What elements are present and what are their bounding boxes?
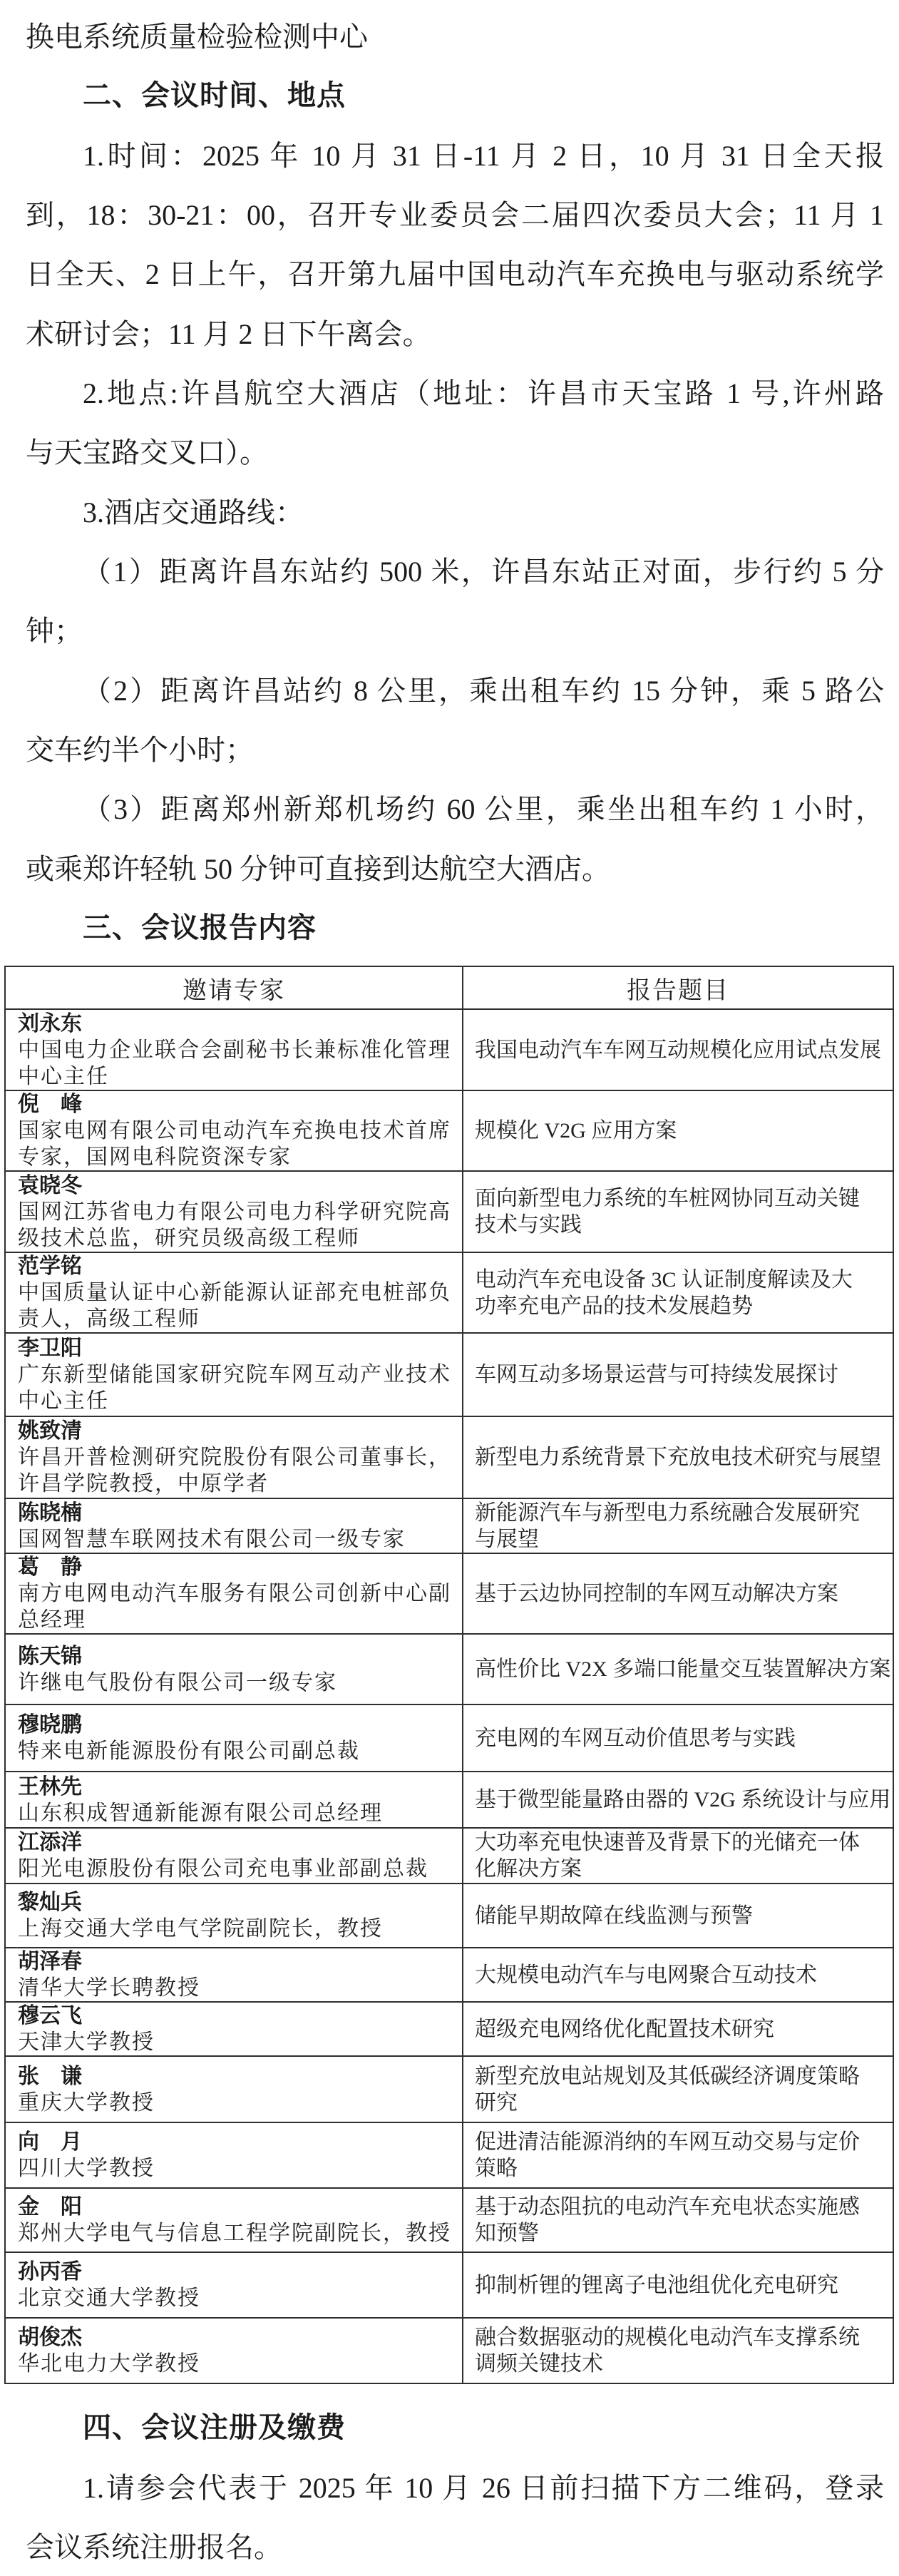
topic-cell: 新型电力系统背景下充放电技术研究与展望	[463, 1416, 893, 1498]
expert-cell: 金 阳 郑州大学电气与信息工程学院副院长，教授	[5, 2188, 463, 2252]
expert-affiliation: 清华大学长聘教授	[18, 1975, 462, 2001]
report-topic: 电动汽车充电设备 3C 认证制度解读及大 功率充电产品的技术发展趋势	[475, 1267, 893, 1319]
report-topic: 充电网的车网互动价值思考与实践	[475, 1725, 893, 1752]
table-row: 倪 峰 国家电网有限公司电动汽车充换电技术首席 专家，国网电科院资深专家 规模化…	[5, 1090, 893, 1171]
transport-route-3: （3）距离郑州新郑机场约 60 公里，乘坐出租车约 1 小时， 或乘郑许轻轨 5…	[26, 780, 884, 899]
expert-affiliation: 国家电网有限公司电动汽车充换电技术首席 专家，国网电科院资深专家	[18, 1118, 462, 1170]
expert-name: 穆云飞	[18, 2003, 462, 2029]
table-row: 袁晓冬 国网江苏省电力有限公司电力科学研究院高 级技术总监，研究员级高级工程师 …	[5, 1171, 893, 1252]
table-row: 李卫阳 广东新型储能国家研究院车网互动产业技术 中心主任 车网互动多场景运营与可…	[5, 1333, 893, 1416]
table-row: 陈天锦 许继电气股份有限公司一级专家 高性价比 V2X 多端口能量交互装置解决方…	[5, 1634, 893, 1704]
expert-cell: 胡泽春 清华大学长聘教授	[5, 1948, 463, 2002]
registration-line: 1.请参会代表于 2025 年 10 月 26 日前扫描下方二维码，登录	[26, 2458, 884, 2518]
report-topic: 新型充放电站规划及其低碳经济调度策略 研究	[475, 2063, 893, 2116]
route-line: 钟；	[26, 601, 884, 660]
expert-name: 刘永东	[18, 1011, 462, 1037]
table-row: 穆云飞 天津大学教授 超级充电网络优化配置技术研究	[5, 2002, 893, 2056]
time-paragraph: 1.时间：2025 年 10 月 31 日-11 月 2 日，10 月 31 日…	[26, 126, 884, 364]
header-expert: 邀请专家	[5, 966, 463, 1009]
section4-heading: 四、会议注册及缴费	[26, 2398, 884, 2458]
time-line: 术研讨会；11 月 2 日下午离会。	[26, 305, 884, 364]
expert-cell: 袁晓冬 国网江苏省电力有限公司电力科学研究院高 级技术总监，研究员级高级工程师	[5, 1171, 463, 1252]
route-line: （1）距离许昌东站约 500 米，许昌东站正对面，步行约 5 分	[26, 542, 884, 601]
report-topic: 促进清洁能源消纳的车网互动交易与定价 策略	[475, 2129, 893, 2182]
report-topic: 我国电动汽车车网互动规模化应用试点发展	[475, 1037, 893, 1063]
expert-affiliation: 广东新型储能国家研究院车网互动产业技术 中心主任	[18, 1361, 462, 1414]
intro-tail-line: 换电系统质量检验检测中心	[26, 7, 884, 66]
expert-affiliation: 北京交通大学教授	[18, 2285, 462, 2311]
report-topic: 基于动态阻抗的电动汽车充电状态实施感 知预警	[475, 2194, 893, 2247]
transport-route-1: （1）距离许昌东站约 500 米，许昌东站正对面，步行约 5 分 钟；	[26, 542, 884, 661]
topic-cell: 车网互动多场景运营与可持续发展探讨	[463, 1333, 893, 1416]
expert-affiliation: 中国电力企业联合会副秘书长兼标准化管理 中心主任	[18, 1037, 462, 1090]
expert-cell: 王林先 山东积成智通新能源有限公司总经理	[5, 1772, 463, 1828]
report-topic: 抑制析锂的锂离子电池组优化充电研究	[475, 2272, 893, 2299]
report-topic: 大规模电动汽车与电网聚合互动技术	[475, 1962, 893, 1988]
expert-cell: 刘永东 中国电力企业联合会副秘书长兼标准化管理 中心主任	[5, 1009, 463, 1090]
report-topic: 新能源汽车与新型电力系统融合发展研究 与展望	[475, 1500, 893, 1553]
report-topic: 新型电力系统背景下充放电技术研究与展望	[475, 1444, 893, 1471]
expert-name: 江添洋	[18, 1829, 462, 1856]
topic-cell: 新能源汽车与新型电力系统融合发展研究 与展望	[463, 1498, 893, 1553]
topic-cell: 超级充电网络优化配置技术研究	[463, 2002, 893, 2056]
expert-affiliation: 许继电气股份有限公司一级专家	[18, 1670, 462, 1696]
topic-cell: 大规模电动汽车与电网聚合互动技术	[463, 1948, 893, 2002]
expert-cell: 穆晓鹏 特来电新能源股份有限公司副总裁	[5, 1704, 463, 1772]
expert-affiliation: 国网智慧车联网技术有限公司一级专家	[18, 1526, 462, 1553]
expert-affiliation: 山东积成智通新能源有限公司总经理	[18, 1800, 462, 1826]
route-line: 或乘郑许轻轨 50 分钟可直接到达航空大酒店。	[26, 839, 884, 899]
report-topic: 超级充电网络优化配置技术研究	[475, 2016, 893, 2043]
topic-cell: 融合数据驱动的规模化电动汽车支撑系统 调频关键技术	[463, 2318, 893, 2383]
expert-cell: 倪 峰 国家电网有限公司电动汽车充换电技术首席 专家，国网电科院资深专家	[5, 1090, 463, 1171]
expert-affiliation: 四川大学教授	[18, 2155, 462, 2182]
table-row: 姚致清 许昌开普检测研究院股份有限公司董事长， 许昌学院教授，中原学者 新型电力…	[5, 1416, 893, 1498]
table-row: 穆晓鹏 特来电新能源股份有限公司副总裁 充电网的车网互动价值思考与实践	[5, 1704, 893, 1772]
expert-affiliation: 重庆大学教授	[18, 2090, 462, 2116]
topic-cell: 基于云边协同控制的车网互动解决方案	[463, 1553, 893, 1634]
table-row: 张 谦 重庆大学教授 新型充放电站规划及其低碳经济调度策略 研究	[5, 2056, 893, 2122]
report-topic: 车网互动多场景运营与可持续发展探讨	[475, 1361, 893, 1388]
report-topic: 基于云边协同控制的车网互动解决方案	[475, 1580, 893, 1607]
report-topic: 基于微型能量路由器的 V2G 系统设计与应用	[475, 1787, 893, 1813]
expert-name: 袁晓冬	[18, 1172, 462, 1199]
expert-cell: 江添洋 阳光电源股份有限公司充电事业部副总裁	[5, 1828, 463, 1884]
expert-name: 张 谦	[18, 2063, 462, 2090]
topic-cell: 规模化 V2G 应用方案	[463, 1090, 893, 1171]
expert-name: 陈晓楠	[18, 1500, 462, 1526]
table-row: 黎灿兵 上海交通大学电气学院副院长，教授 储能早期故障在线监测与预警	[5, 1884, 893, 1948]
section3-heading: 三、会议报告内容	[26, 899, 884, 958]
table-row: 胡俊杰 华北电力大学教授 融合数据驱动的规模化电动汽车支撑系统 调频关键技术	[5, 2318, 893, 2383]
expert-cell: 黎灿兵 上海交通大学电气学院副院长，教授	[5, 1884, 463, 1948]
transport-route-2: （2）距离许昌站约 8 公里，乘出租车约 15 分钟，乘 5 路公 交车约半个小…	[26, 661, 884, 780]
topic-cell: 大功率充电快速普及背景下的光储充一体 化解决方案	[463, 1828, 893, 1884]
expert-name: 葛 静	[18, 1554, 462, 1580]
route-line: （2）距离许昌站约 8 公里，乘出租车约 15 分钟，乘 5 路公	[26, 661, 884, 720]
expert-affiliation: 上海交通大学电气学院副院长，教授	[18, 1916, 462, 1942]
section2-heading: 二、会议时间、地点	[26, 66, 884, 126]
table-row: 王林先 山东积成智通新能源有限公司总经理 基于微型能量路由器的 V2G 系统设计…	[5, 1772, 893, 1828]
expert-name: 胡泽春	[18, 1948, 462, 1975]
table-row: 胡泽春 清华大学长聘教授 大规模电动汽车与电网聚合互动技术	[5, 1948, 893, 2002]
table-row: 刘永东 中国电力企业联合会副秘书长兼标准化管理 中心主任 我国电动汽车车网互动规…	[5, 1009, 893, 1090]
expert-affiliation: 郑州大学电气与信息工程学院副院长，教授	[18, 2220, 462, 2247]
expert-cell: 胡俊杰 华北电力大学教授	[5, 2318, 463, 2383]
expert-cell: 向 月 四川大学教授	[5, 2122, 463, 2188]
expert-cell: 穆云飞 天津大学教授	[5, 2002, 463, 2056]
registration-line: 会议系统注册报名。	[26, 2518, 884, 2576]
expert-name: 胡俊杰	[18, 2324, 462, 2351]
report-topic: 大功率充电快速普及背景下的光储充一体 化解决方案	[475, 1829, 893, 1882]
route-line: （3）距离郑州新郑机场约 60 公里，乘坐出租车约 1 小时，	[26, 780, 884, 839]
table-row: 陈晓楠 国网智慧车联网技术有限公司一级专家 新能源汽车与新型电力系统融合发展研究…	[5, 1498, 893, 1553]
expert-cell: 孙丙香 北京交通大学教授	[5, 2252, 463, 2318]
expert-cell: 陈天锦 许继电气股份有限公司一级专家	[5, 1634, 463, 1704]
topic-cell: 基于微型能量路由器的 V2G 系统设计与应用	[463, 1772, 893, 1828]
topic-cell: 抑制析锂的锂离子电池组优化充电研究	[463, 2252, 893, 2318]
expert-affiliation: 天津大学教授	[18, 2029, 462, 2055]
table-header-row: 邀请专家 报告题目	[5, 966, 893, 1009]
report-topic: 储能早期故障在线监测与预警	[475, 1903, 893, 1929]
venue-line: 2.地点:许昌航空大酒店（地址：许昌市天宝路 1 号,许州路	[26, 364, 884, 423]
venue-paragraph: 2.地点:许昌航空大酒店（地址：许昌市天宝路 1 号,许州路 与天宝路交叉口）。	[26, 364, 884, 483]
table-row: 金 阳 郑州大学电气与信息工程学院副院长，教授 基于动态阻抗的电动汽车充电状态实…	[5, 2188, 893, 2252]
expert-affiliation: 华北电力大学教授	[18, 2351, 462, 2377]
report-topic: 面向新型电力系统的车桩网协同互动关键 技术与实践	[475, 1185, 893, 1238]
expert-name: 王林先	[18, 1774, 462, 1800]
report-topic: 规模化 V2G 应用方案	[475, 1118, 893, 1144]
topic-cell: 基于动态阻抗的电动汽车充电状态实施感 知预警	[463, 2188, 893, 2252]
expert-name: 黎灿兵	[18, 1889, 462, 1916]
transport-title: 3.酒店交通路线：	[26, 483, 884, 542]
expert-affiliation: 许昌开普检测研究院股份有限公司董事长， 许昌学院教授，中原学者	[18, 1444, 462, 1497]
expert-cell: 范学铭 中国质量认证中心新能源认证部充电桩部负 责人，高级工程师	[5, 1252, 463, 1333]
expert-affiliation: 南方电网电动汽车服务有限公司创新中心副 总经理	[18, 1580, 462, 1633]
topic-cell: 电动汽车充电设备 3C 认证制度解读及大 功率充电产品的技术发展趋势	[463, 1252, 893, 1333]
route-line: 交车约半个小时；	[26, 720, 884, 780]
expert-affiliation: 阳光电源股份有限公司充电事业部副总裁	[18, 1856, 462, 1882]
expert-name: 金 阳	[18, 2194, 462, 2220]
expert-cell: 陈晓楠 国网智慧车联网技术有限公司一级专家	[5, 1498, 463, 1553]
topic-cell: 面向新型电力系统的车桩网协同互动关键 技术与实践	[463, 1171, 893, 1252]
expert-affiliation: 中国质量认证中心新能源认证部充电桩部负 责人，高级工程师	[18, 1279, 462, 1332]
venue-line: 与天宝路交叉口）。	[26, 423, 884, 482]
report-topic: 高性价比 V2X 多端口能量交互装置解决方案	[475, 1656, 893, 1682]
topic-cell: 促进清洁能源消纳的车网互动交易与定价 策略	[463, 2122, 893, 2188]
expert-name: 倪 峰	[18, 1091, 462, 1118]
table-row: 范学铭 中国质量认证中心新能源认证部充电桩部负 责人，高级工程师 电动汽车充电设…	[5, 1252, 893, 1333]
topic-cell: 我国电动汽车车网互动规模化应用试点发展	[463, 1009, 893, 1090]
table-row: 江添洋 阳光电源股份有限公司充电事业部副总裁 大功率充电快速普及背景下的光储充一…	[5, 1828, 893, 1884]
document-page: 换电系统质量检验检测中心 二、会议时间、地点 1.时间：2025 年 10 月 …	[26, 7, 884, 2576]
time-line: 到，18：30-21：00，召开专业委员会二届四次委员大会；11 月 1	[26, 185, 884, 245]
expert-name: 穆晓鹏	[18, 1712, 462, 1738]
table-row: 孙丙香 北京交通大学教授 抑制析锂的锂离子电池组优化充电研究	[5, 2252, 893, 2318]
time-line: 日全天、2 日上午，召开第九届中国电动汽车充换电与驱动系统学	[26, 245, 884, 304]
topic-cell: 储能早期故障在线监测与预警	[463, 1884, 893, 1948]
table-row: 葛 静 南方电网电动汽车服务有限公司创新中心副 总经理 基于云边协同控制的车网互…	[5, 1553, 893, 1634]
topic-cell: 新型充放电站规划及其低碳经济调度策略 研究	[463, 2056, 893, 2122]
expert-cell: 张 谦 重庆大学教授	[5, 2056, 463, 2122]
report-table: 邀请专家 报告题目 刘永东 中国电力企业联合会副秘书长兼标准化管理 中心主任 我…	[4, 966, 894, 2384]
header-topic: 报告题目	[463, 966, 893, 1009]
topic-cell: 充电网的车网互动价值思考与实践	[463, 1704, 893, 1772]
expert-affiliation: 国网江苏省电力有限公司电力科学研究院高 级技术总监，研究员级高级工程师	[18, 1199, 462, 1252]
table-row: 向 月 四川大学教授 促进清洁能源消纳的车网互动交易与定价 策略	[5, 2122, 893, 2188]
expert-name: 姚致清	[18, 1418, 462, 1444]
section4: 四、会议注册及缴费 1.请参会代表于 2025 年 10 月 26 日前扫描下方…	[26, 2398, 884, 2576]
topic-cell: 高性价比 V2X 多端口能量交互装置解决方案	[463, 1634, 893, 1704]
expert-name: 李卫阳	[18, 1335, 462, 1361]
expert-cell: 葛 静 南方电网电动汽车服务有限公司创新中心副 总经理	[5, 1553, 463, 1634]
expert-name: 向 月	[18, 2129, 462, 2155]
expert-cell: 姚致清 许昌开普检测研究院股份有限公司董事长， 许昌学院教授，中原学者	[5, 1416, 463, 1498]
time-line: 1.时间：2025 年 10 月 31 日-11 月 2 日，10 月 31 日…	[26, 126, 884, 185]
expert-affiliation: 特来电新能源股份有限公司副总裁	[18, 1738, 462, 1764]
expert-name: 孙丙香	[18, 2259, 462, 2285]
expert-cell: 李卫阳 广东新型储能国家研究院车网互动产业技术 中心主任	[5, 1333, 463, 1416]
report-topic: 融合数据驱动的规模化电动汽车支撑系统 调频关键技术	[475, 2324, 893, 2377]
expert-name: 范学铭	[18, 1253, 462, 1279]
expert-name: 陈天锦	[18, 1643, 462, 1670]
